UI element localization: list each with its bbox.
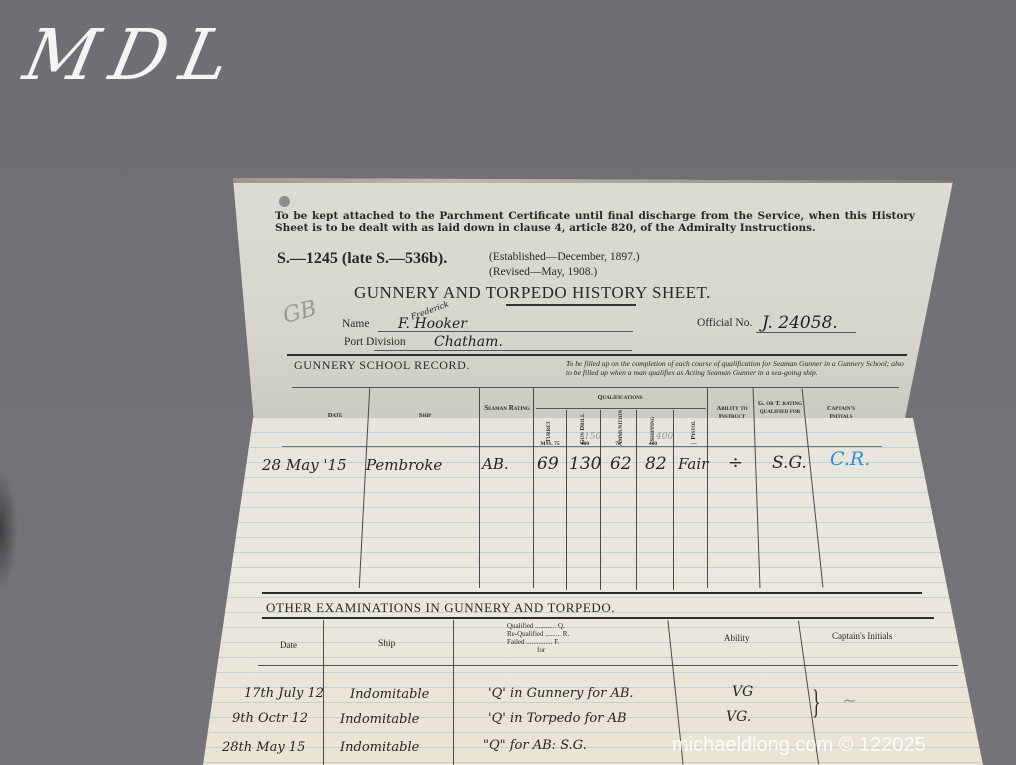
gunnery-school-heading: GUNNERY SCHOOL RECORD. bbox=[294, 358, 470, 373]
notice-text: To be kept attached to the Parchment Cer… bbox=[275, 210, 915, 234]
established-date: (Established—December, 1897.) bbox=[489, 250, 640, 265]
col-divider bbox=[707, 388, 708, 588]
official-no-line bbox=[756, 332, 856, 333]
row-turret: 69 bbox=[537, 454, 559, 474]
other-header-rule bbox=[258, 665, 958, 666]
name-label: Name bbox=[342, 318, 369, 330]
row-ship: Pembroke bbox=[366, 456, 442, 474]
port-division-label: Port Division bbox=[344, 336, 406, 348]
col-ability: Ability to Instruct bbox=[712, 405, 752, 421]
other-col-legend: Qualified ............ Q. Re-Qualified .… bbox=[507, 622, 569, 654]
other-exams-top-rule bbox=[262, 592, 922, 594]
title-underline bbox=[506, 304, 636, 306]
other-row-2-date: 9th Octr 12 bbox=[232, 711, 308, 726]
row-seaman-rating: AB. bbox=[482, 455, 509, 473]
watermark: michaeldlong.com © 122025 bbox=[672, 734, 926, 757]
other-row-1-ship: Indomitable bbox=[350, 687, 429, 702]
legend-qualified: Qualified ............ Q. bbox=[507, 622, 569, 630]
other-row-3-ship: Indomitable bbox=[340, 740, 419, 755]
legend-failed: Failed ............... F. bbox=[507, 638, 569, 646]
col-divider bbox=[673, 410, 674, 590]
col-qualifications: Qualifications bbox=[540, 394, 700, 402]
gunnery-school-note: To be filled up on the completion of eac… bbox=[566, 359, 906, 377]
header-bottom-rule bbox=[282, 446, 882, 447]
background-shadow bbox=[0, 470, 18, 590]
col-divider bbox=[479, 388, 480, 588]
section-divider bbox=[287, 354, 907, 356]
revised-date: (Revised—May, 1908.) bbox=[489, 265, 640, 280]
mdl-logo: MDL bbox=[17, 14, 251, 96]
row-ammunition: 62 bbox=[610, 454, 632, 474]
other-col-ability: Ability bbox=[724, 633, 750, 643]
other-exams-rule bbox=[262, 617, 934, 619]
legend-for: for bbox=[507, 646, 569, 654]
bracket-mark: } bbox=[812, 684, 820, 722]
qual-rule bbox=[536, 408, 706, 409]
row-pistol: Fair bbox=[678, 455, 708, 473]
official-no-value: J. 24058. bbox=[762, 313, 838, 333]
other-row-1-result: 'Q' in Gunnery for AB. bbox=[488, 686, 634, 701]
col-date: Date bbox=[305, 412, 365, 420]
col-divider bbox=[566, 410, 567, 590]
other-row-2-ship: Indomitable bbox=[340, 712, 419, 727]
row-ability: ÷ bbox=[728, 452, 743, 473]
col-g-or-t: G. or T. rating qualified for bbox=[757, 400, 803, 416]
name-line bbox=[378, 331, 633, 332]
port-division-line bbox=[374, 350, 632, 351]
other-col-divider bbox=[453, 620, 454, 765]
table-top-rule bbox=[292, 387, 899, 388]
other-row-2-ability: VG. bbox=[726, 709, 751, 725]
other-row-3-result: "Q" for AB: S.G. bbox=[483, 738, 587, 753]
row-captains-initials: C.R. bbox=[830, 448, 870, 470]
other-row-3-date: 28th May 15 bbox=[222, 740, 305, 755]
row-g-or-t: S.G. bbox=[772, 453, 807, 473]
pencil-initials: ~ bbox=[842, 690, 857, 711]
page-title: GUNNERY AND TORPEDO HISTORY SHEET. bbox=[354, 283, 711, 303]
col-divider bbox=[533, 388, 534, 588]
punch-hole bbox=[279, 196, 290, 207]
col-divider bbox=[600, 410, 601, 590]
form-dates: (Established—December, 1897.) (Revised—M… bbox=[489, 250, 640, 280]
official-no-label: Official No. bbox=[697, 317, 752, 329]
other-col-ship: Ship bbox=[378, 639, 395, 649]
other-col-date: Date bbox=[280, 640, 297, 650]
other-col-captains-initials: Captain's Initials bbox=[832, 631, 892, 641]
other-exams-heading: OTHER EXAMINATIONS IN GUNNERY AND TORPED… bbox=[266, 600, 615, 616]
legend-requalified: Re-Qualified ......... R. bbox=[507, 630, 569, 638]
col-divider bbox=[636, 410, 637, 590]
col-seaman-rating: Seaman Rating bbox=[482, 404, 532, 412]
col-captains-initials: Captain's Initials bbox=[815, 405, 867, 421]
port-division-value: Chatham. bbox=[434, 334, 503, 350]
name-value: F. Hooker bbox=[398, 316, 467, 332]
row-date: 28 May '15 bbox=[262, 456, 347, 474]
form-number: S.—1245 (late S.—536b). bbox=[277, 250, 447, 268]
other-row-1-ability: VG bbox=[732, 684, 753, 700]
row-shipping: 82 bbox=[645, 454, 667, 474]
other-row-1-date: 17th July 12 bbox=[244, 686, 324, 701]
row-gun-drill: 130 bbox=[569, 454, 601, 474]
col-ship: Ship bbox=[390, 412, 460, 420]
other-row-2-result: 'Q' in Torpedo for AB bbox=[488, 711, 627, 726]
